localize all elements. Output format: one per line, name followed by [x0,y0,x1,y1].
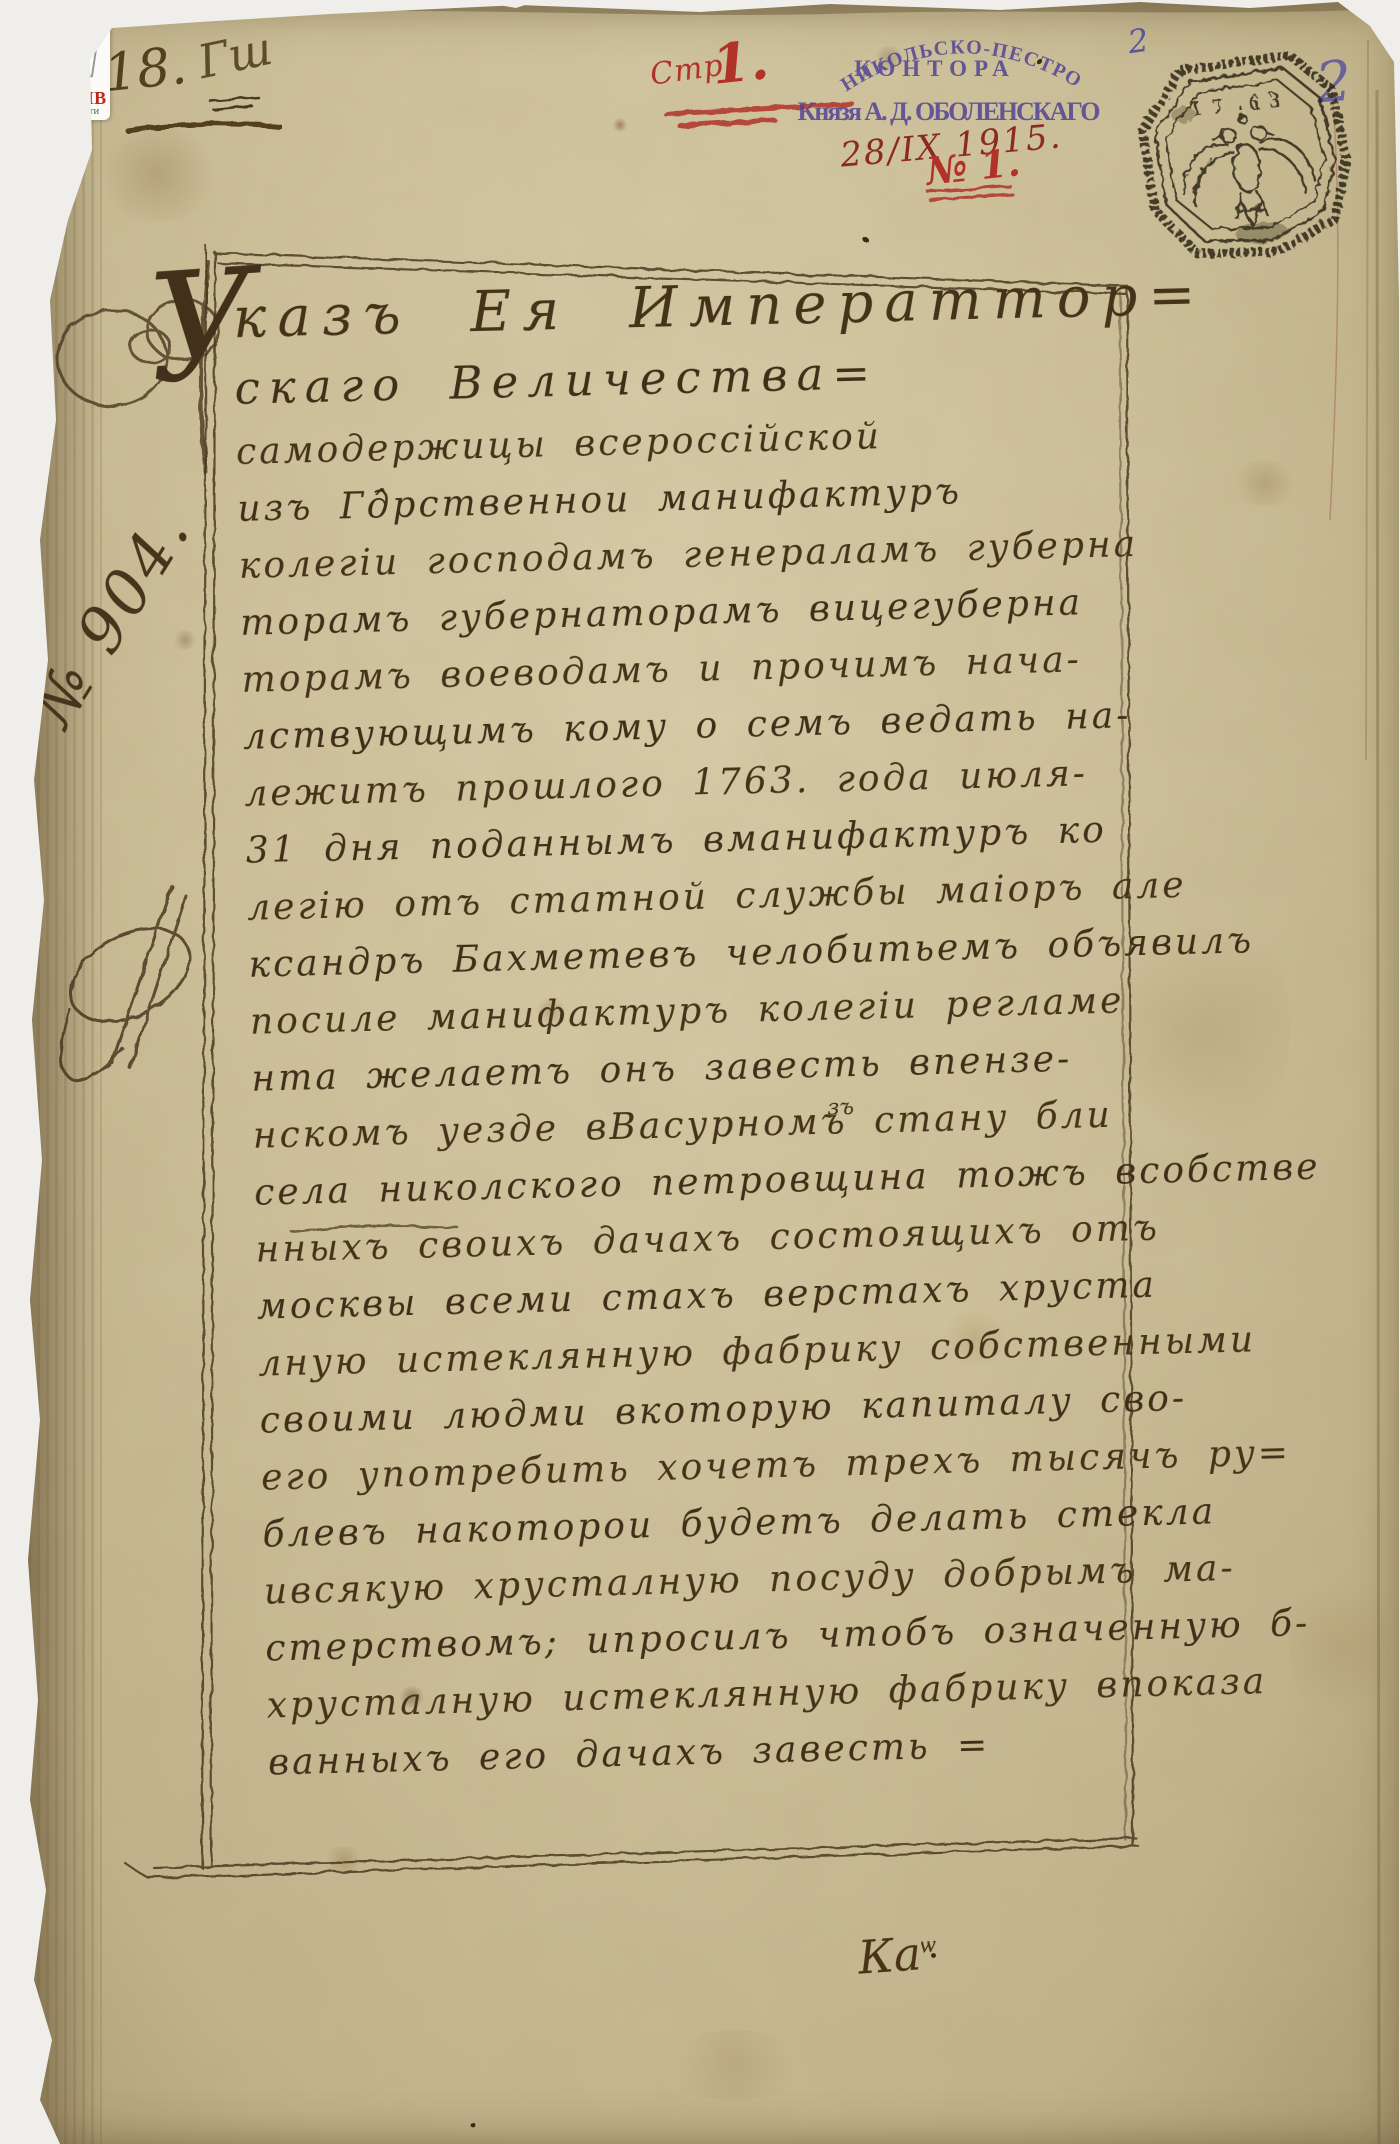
crease-line [1366,40,1368,760]
double-headed-eagle [1175,100,1319,233]
catchword: Каѡ [856,1925,938,1984]
catchword-text: Ка [856,1926,923,1984]
manuscript-superscript: зъ [827,1095,854,1121]
page-number-red: 1. [709,27,772,97]
stain [92,126,222,222]
stain [1230,460,1300,506]
document-page-shape [44,13,100,79]
stamp-line2: КОНТОРА [854,56,1016,81]
handwritten-inventory-flourish: Гш [193,21,277,89]
stain [1290,1560,1390,1730]
corner-digit-large: 2 [1313,49,1354,117]
paper-sheet: НИКОЛЬСКО-ПЕСТРОВСКАЯ КОНТОРА Князя А. Д… [0,0,1400,2144]
pencil-underline [128,124,280,131]
catchword-superscript: ѡ [919,1930,936,1959]
quill-icon [42,16,72,88]
svg-text:НИКОЛЬСКО-ПЕСТРОВСКАЯ: НИКОЛЬСКО-ПЕСТРОВСКАЯ [790,14,1086,96]
stamp-arc-text: НИКОЛЬСКО-ПЕСТРОВСКАЯ [790,14,1086,96]
handwritten-inventory-mark: 18. [101,36,190,104]
coat-of-arms [20,14,50,54]
seal-year: 17 63 [1189,85,1291,120]
manuscript-text-block: зъ казъ Ея Императтор=скаго Величества=с… [232,260,1269,1792]
stain [872,46,906,70]
corner-digit-small: 2 [1125,21,1150,61]
page-edge-line [1377,90,1379,2144]
stain [172,630,198,650]
document-number-red: № 1. [924,139,1022,194]
top-edge-shadow [330,0,1360,15]
crease-line [1330,92,1338,520]
archive-logo: ГОСАРХИВ пензенской области [0,6,110,120]
stain [660,2030,810,2100]
stain [612,118,628,132]
stain [322,1846,366,1874]
archive-logo-emblem [0,6,110,88]
scanned-page: НИКОЛЬСКО-ПЕСТРОВСКАЯ КОНТОРА Князя А. Д… [0,0,1400,2144]
archive-logo-subtitle: пензенской области [0,106,110,117]
binding-edge [28,0,102,2144]
